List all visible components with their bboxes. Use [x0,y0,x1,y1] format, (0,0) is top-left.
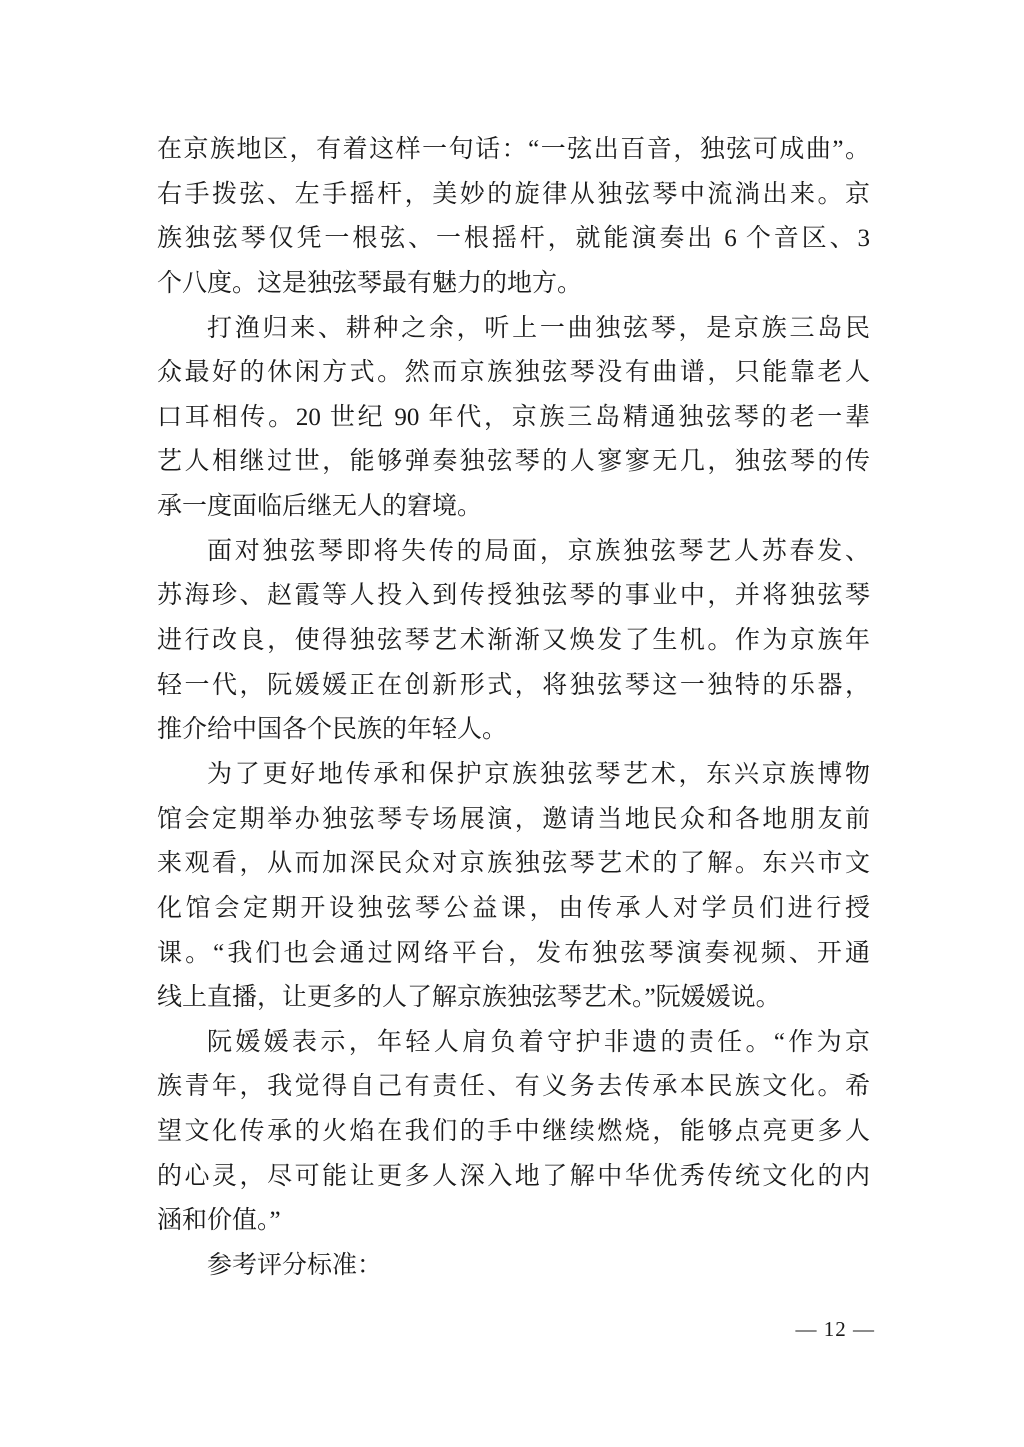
text-line: 右手拨弦、左手摇杆，美妙的旋律从独弦琴中流淌出来。京 [157,173,870,218]
page-number: — 12 — [796,1317,876,1341]
text-line: 涵和价值。” [157,1199,870,1244]
text-line: 族独弦琴仅凭一根弦、一根摇杆，就能演奏出 6 个音区、3 [157,217,870,262]
text-line: 轻一代，阮媛媛正在创新形式，将独弦琴这一独特的乐器， [157,664,870,709]
text-line: 族青年，我觉得自己有责任、有义务去传承本民族文化。希 [157,1065,870,1110]
text-line: 为了更好地传承和保护京族独弦琴艺术，东兴京族博物 [157,753,870,798]
article-body: 在京族地区，有着这样一句话：“一弦出百音，独弦可成曲”。右手拨弦、左手摇杆，美妙… [157,128,870,1289]
page-footer: — 12 — [796,1315,876,1343]
text-line: 在京族地区，有着这样一句话：“一弦出百音，独弦可成曲”。 [157,128,870,173]
text-line: 课。“我们也会通过网络平台，发布独弦琴演奏视频、开通 [157,932,870,977]
text-line: 来观看，从而加深民众对京族独弦琴艺术的了解。东兴市文 [157,842,870,887]
text-line: 承一度面临后继无人的窘境。 [157,485,870,530]
text-line: 化馆会定期开设独弦琴公益课，由传承人对学员们进行授 [157,887,870,932]
text-line: 参考评分标准： [157,1244,870,1289]
text-line: 个八度。这是独弦琴最有魅力的地方。 [157,262,870,307]
text-line: 面对独弦琴即将失传的局面，京族独弦琴艺人苏春发、 [157,530,870,575]
text-line: 推介给中国各个民族的年轻人。 [157,708,870,753]
text-line: 众最好的休闲方式。然而京族独弦琴没有曲谱，只能靠老人 [157,351,870,396]
text-line: 馆会定期举办独弦琴专场展演，邀请当地民众和各地朋友前 [157,798,870,843]
text-line: 线上直播，让更多的人了解京族独弦琴艺术。”阮媛媛说。 [157,976,870,1021]
document-page: 在京族地区，有着这样一句话：“一弦出百音，独弦可成曲”。右手拨弦、左手摇杆，美妙… [0,0,1024,1447]
text-line: 苏海珍、赵霞等人投入到传授独弦琴的事业中，并将独弦琴 [157,574,870,619]
text-line: 口耳相传。20 世纪 90 年代，京族三岛精通独弦琴的老一辈 [157,396,870,441]
text-line: 进行改良，使得独弦琴艺术渐渐又焕发了生机。作为京族年 [157,619,870,664]
text-line: 艺人相继过世，能够弹奏独弦琴的人寥寥无几，独弦琴的传 [157,440,870,485]
text-line: 打渔归来、耕种之余，听上一曲独弦琴，是京族三岛民 [157,307,870,352]
text-line: 的心灵，尽可能让更多人深入地了解中华优秀传统文化的内 [157,1155,870,1200]
text-line: 阮媛媛表示，年轻人肩负着守护非遗的责任。“作为京 [157,1021,870,1066]
text-line: 望文化传承的火焰在我们的手中继续燃烧，能够点亮更多人 [157,1110,870,1155]
